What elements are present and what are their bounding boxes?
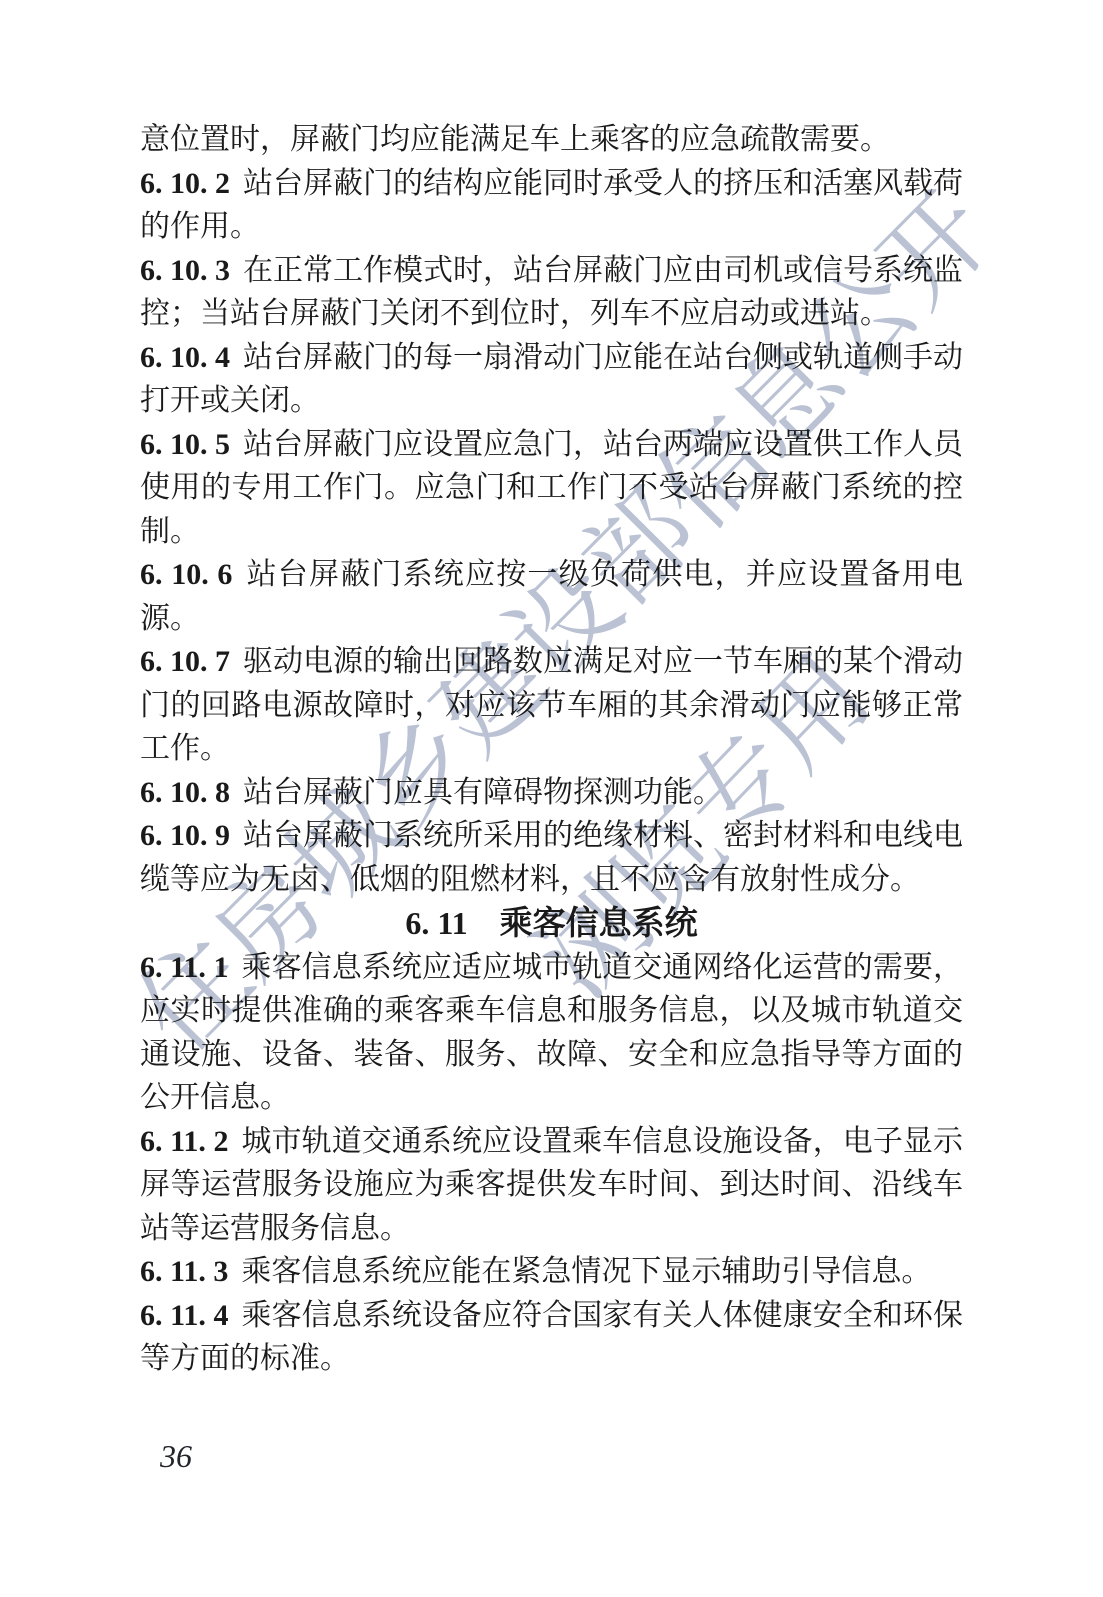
clause: 6. 10. 6站台屏蔽门系统应按一级负荷供电，并应设置备用电源。	[140, 553, 963, 640]
clause-text: 站台屏蔽门系统应按一级负荷供电，并应设置备用电源。	[140, 558, 963, 635]
clause: 6. 10. 5站台屏蔽门应设置应急门，站台两端应设置供工作人员使用的专用工作门…	[140, 423, 963, 554]
clause-list-6-11: 6. 11. 1乘客信息系统应适应城市轨道交通网络化运营的需要，应实时提供准确的…	[140, 946, 963, 1381]
clause-number: 6. 10. 6	[140, 558, 232, 591]
page-body: 意位置时，屏蔽门均应能满足车上乘客的应急疏散需要。 6. 10. 2站台屏蔽门的…	[140, 118, 963, 1381]
clause-number: 6. 10. 4	[140, 341, 230, 374]
clause: 6. 11. 2城市轨道交通系统应设置乘车信息设施设备，电子显示屏等运营服务设施…	[140, 1120, 963, 1251]
page-number: 36	[160, 1436, 192, 1476]
clause-text: 城市轨道交通系统应设置乘车信息设施设备，电子显示屏等运营服务设施应为乘客提供发车…	[140, 1125, 963, 1245]
clause-number: 6. 10. 2	[140, 167, 230, 200]
clause-text: 站台屏蔽门应设置应急门，站台两端应设置供工作人员使用的专用工作门。应急门和工作门…	[140, 428, 963, 548]
document-page: 住房城乡建设部信息公开 浏览专用 意位置时，屏蔽门均应能满足车上乘客的应急疏散需…	[0, 0, 1103, 1597]
clause: 6. 10. 7驱动电源的输出回路数应满足对应一节车厢的某个滑动门的回路电源故障…	[140, 640, 963, 771]
clause: 6. 10. 2站台屏蔽门的结构应能同时承受人的挤压和活塞风载荷的作用。	[140, 162, 963, 249]
clause: 6. 10. 3在正常工作模式时，站台屏蔽门应由司机或信号系统监控；当站台屏蔽门…	[140, 249, 963, 336]
clause-text: 在正常工作模式时，站台屏蔽门应由司机或信号系统监控；当站台屏蔽门关闭不到位时，列…	[140, 254, 963, 331]
clause: 6. 11. 4乘客信息系统设备应符合国家有关人体健康安全和环保等方面的标准。	[140, 1294, 963, 1381]
clause-number: 6. 10. 5	[140, 428, 230, 461]
clause-text: 站台屏蔽门系统所采用的绝缘材料、密封材料和电线电缆等应为无卤、低烟的阻燃材料，且…	[140, 819, 963, 896]
clause: 6. 10. 8站台屏蔽门应具有障碍物探测功能。	[140, 771, 963, 815]
clause-text: 站台屏蔽门的结构应能同时承受人的挤压和活塞风载荷的作用。	[140, 167, 963, 244]
clause-number: 6. 10. 9	[140, 819, 230, 852]
clause-number: 6. 10. 3	[140, 254, 230, 287]
clause: 6. 10. 9站台屏蔽门系统所采用的绝缘材料、密封材料和电线电缆等应为无卤、低…	[140, 814, 963, 901]
section-heading-title: 乘客信息系统	[500, 904, 698, 941]
clause: 6. 11. 3乘客信息系统应能在紧急情况下显示辅助引导信息。	[140, 1250, 963, 1294]
clause-number: 6. 11. 3	[140, 1255, 228, 1288]
section-heading-number: 6. 11	[405, 905, 467, 941]
continuation-line: 意位置时，屏蔽门均应能满足车上乘客的应急疏散需要。	[140, 118, 963, 162]
clause-text: 乘客信息系统设备应符合国家有关人体健康安全和环保等方面的标准。	[140, 1299, 963, 1376]
clause-number: 6. 11. 1	[140, 951, 228, 984]
clause-text: 站台屏蔽门应具有障碍物探测功能。	[243, 776, 723, 809]
clause-number: 6. 11. 2	[140, 1125, 228, 1158]
clause-text: 乘客信息系统应适应城市轨道交通网络化运营的需要，应实时提供准确的乘客乘车信息和服…	[140, 951, 963, 1115]
clause-list-6-10: 6. 10. 2站台屏蔽门的结构应能同时承受人的挤压和活塞风载荷的作用。 6. …	[140, 162, 963, 902]
section-heading: 6. 11乘客信息系统	[140, 901, 963, 946]
clause-text: 驱动电源的输出回路数应满足对应一节车厢的某个滑动门的回路电源故障时，对应该节车厢…	[140, 645, 963, 765]
clause-text: 站台屏蔽门的每一扇滑动门应能在站台侧或轨道侧手动打开或关闭。	[140, 341, 963, 418]
clause: 6. 10. 4站台屏蔽门的每一扇滑动门应能在站台侧或轨道侧手动打开或关闭。	[140, 336, 963, 423]
clause: 6. 11. 1乘客信息系统应适应城市轨道交通网络化运营的需要，应实时提供准确的…	[140, 946, 963, 1120]
clause-text: 乘客信息系统应能在紧急情况下显示辅助引导信息。	[241, 1255, 931, 1288]
clause-number: 6. 10. 7	[140, 645, 230, 678]
clause-number: 6. 10. 8	[140, 776, 230, 809]
clause-number: 6. 11. 4	[140, 1299, 228, 1332]
